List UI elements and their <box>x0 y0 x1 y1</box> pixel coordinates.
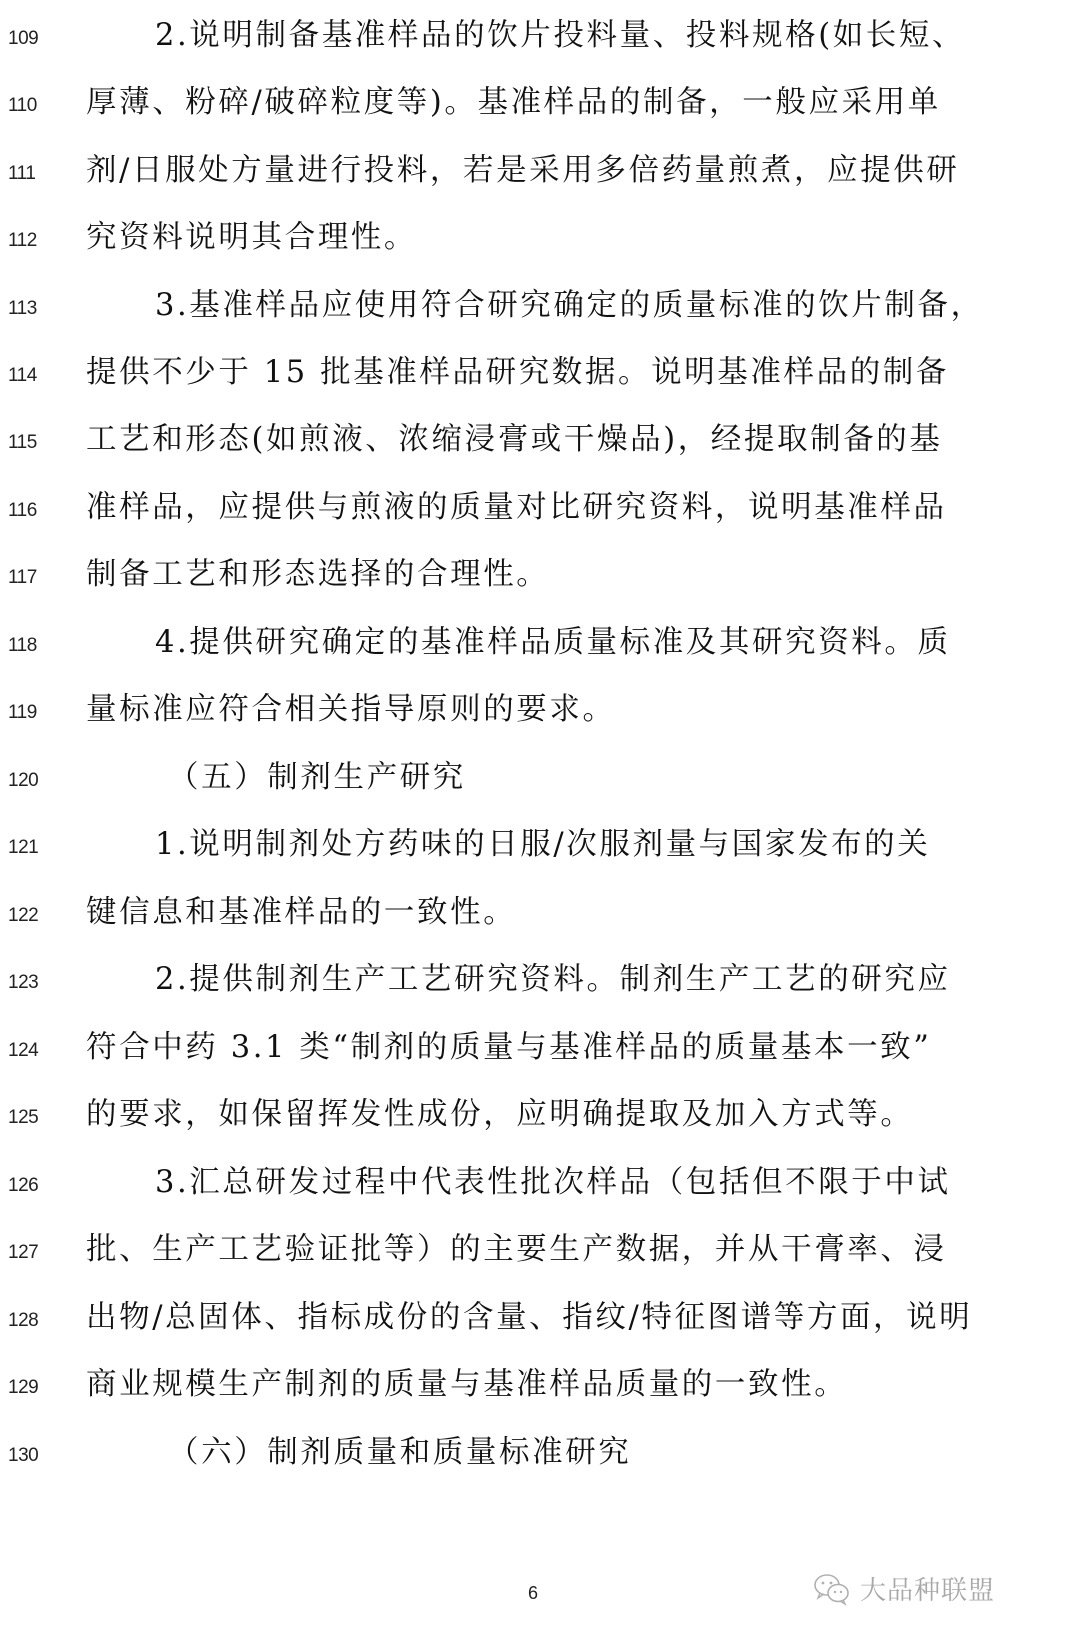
line-text: 4.提供研究确定的基准样品质量标准及其研究资料。质 <box>155 623 951 663</box>
line-number: 129 <box>8 1377 38 1399</box>
document-line: 114 提供不少于 15 批基准样品研究数据。说明基准样品的制备 <box>0 347 1080 407</box>
line-number: 122 <box>8 905 38 927</box>
line-number: 130 <box>8 1445 38 1467</box>
document-line: 124 符合中药 3.1 类“制剂的质量与基准样品的质量基本一致” <box>0 1022 1080 1082</box>
line-number: 118 <box>8 635 37 657</box>
line-number: 123 <box>8 972 38 994</box>
line-number: 120 <box>8 770 38 792</box>
document-line: 120 （五）制剂生产研究 <box>0 752 1080 812</box>
document-line: 123 2.提供制剂生产工艺研究资料。制剂生产工艺的研究应 <box>0 954 1080 1014</box>
line-text: 批、生产工艺验证批等）的主要生产数据，并从干膏率、浸 <box>86 1230 947 1270</box>
document-line: 115 工艺和形态(如煎液、浓缩浸膏或干燥品)，经提取制备的基 <box>0 414 1080 474</box>
line-text: 出物/总固体、指标成份的含量、指纹/特征图谱等方面，说明 <box>86 1298 972 1338</box>
line-text: 商业规模生产制剂的质量与基准样品质量的一致性。 <box>86 1365 847 1405</box>
line-text: 2.提供制剂生产工艺研究资料。制剂生产工艺的研究应 <box>155 960 951 1000</box>
document-line: 129 商业规模生产制剂的质量与基准样品质量的一致性。 <box>0 1359 1080 1419</box>
line-number: 121 <box>8 837 38 859</box>
document-line: 119 量标准应符合相关指导原则的要求。 <box>0 684 1080 744</box>
line-text: 工艺和形态(如煎液、浓缩浸膏或干燥品)，经提取制备的基 <box>86 420 943 460</box>
document-line: 117 制备工艺和形态选择的合理性。 <box>0 549 1080 609</box>
document-line: 126 3.汇总研发过程中代表性批次样品（包括但不限于中试 <box>0 1157 1080 1217</box>
document-line: 111 剂/日服处方量进行投料，若是采用多倍药量煎煮，应提供研 <box>0 145 1080 205</box>
line-text: 究资料说明其合理性。 <box>86 218 417 258</box>
line-text: 3.基准样品应使用符合研究确定的质量标准的饮片制备， <box>155 286 984 326</box>
line-number: 112 <box>8 230 37 252</box>
document-line: 116 准样品，应提供与煎液的质量对比研究资料，说明基准样品 <box>0 482 1080 542</box>
document-line: 122 键信息和基准样品的一致性。 <box>0 887 1080 947</box>
line-number: 111 <box>8 163 35 185</box>
document-line: 109 2.说明制备基准样品的饮片投料量、投料规格(如长短、 <box>0 10 1080 70</box>
line-text: 准样品，应提供与煎液的质量对比研究资料，说明基准样品 <box>86 488 947 528</box>
line-number: 124 <box>8 1040 38 1062</box>
line-number: 127 <box>8 1242 38 1264</box>
line-text: 的要求，如保留挥发性成份，应明确提取及加入方式等。 <box>86 1095 914 1135</box>
watermark-text: 大品种联盟 <box>860 1570 995 1607</box>
document-line: 127 批、生产工艺验证批等）的主要生产数据，并从干膏率、浸 <box>0 1224 1080 1284</box>
watermark: 大品种联盟 <box>812 1570 995 1607</box>
line-number: 119 <box>8 702 37 724</box>
document-line: 128 出物/总固体、指标成份的含量、指纹/特征图谱等方面，说明 <box>0 1292 1080 1352</box>
line-text: 3.汇总研发过程中代表性批次样品（包括但不限于中试 <box>155 1163 951 1203</box>
line-number: 117 <box>8 567 37 589</box>
section-heading: （六）制剂质量和质量标准研究 <box>168 1433 631 1473</box>
line-text: 键信息和基准样品的一致性。 <box>86 893 516 933</box>
document-line: 113 3.基准样品应使用符合研究确定的质量标准的饮片制备， <box>0 280 1080 340</box>
line-text: 1.说明制剂处方药味的日服/次服剂量与国家发布的关 <box>155 825 930 865</box>
line-number: 125 <box>8 1107 38 1129</box>
line-number: 126 <box>8 1175 38 1197</box>
document-line: 130 （六）制剂质量和质量标准研究 <box>0 1427 1080 1487</box>
line-text: 制备工艺和形态选择的合理性。 <box>86 555 549 595</box>
line-number: 110 <box>8 95 37 117</box>
line-text: 符合中药 3.1 类“制剂的质量与基准样品的质量基本一致” <box>86 1028 931 1068</box>
section-heading: （五）制剂生产研究 <box>168 758 466 798</box>
line-number: 109 <box>8 28 38 50</box>
document-line: 110 厚薄、粉碎/破碎粒度等)。基准样品的制备，一般应采用单 <box>0 77 1080 137</box>
line-number: 114 <box>8 365 37 387</box>
document-page: 109 2.说明制备基准样品的饮片投料量、投料规格(如长短、 110 厚薄、粉碎… <box>0 0 1080 1636</box>
document-line: 112 究资料说明其合理性。 <box>0 212 1080 272</box>
line-number: 113 <box>8 298 37 320</box>
document-line: 125 的要求，如保留挥发性成份，应明确提取及加入方式等。 <box>0 1089 1080 1149</box>
line-text: 2.说明制备基准样品的饮片投料量、投料规格(如长短、 <box>155 16 965 56</box>
line-number: 128 <box>8 1310 38 1332</box>
line-text: 提供不少于 15 批基准样品研究数据。说明基准样品的制备 <box>86 353 949 393</box>
document-line: 118 4.提供研究确定的基准样品质量标准及其研究资料。质 <box>0 617 1080 677</box>
line-number: 116 <box>8 500 37 522</box>
line-number: 115 <box>8 432 37 454</box>
line-text: 量标准应符合相关指导原则的要求。 <box>86 690 616 730</box>
page-number: 6 <box>528 1583 538 1604</box>
line-text: 厚薄、粉碎/破碎粒度等)。基准样品的制备，一般应采用单 <box>86 83 941 123</box>
wechat-icon <box>812 1572 852 1606</box>
line-text: 剂/日服处方量进行投料，若是采用多倍药量煎煮，应提供研 <box>86 151 959 191</box>
document-line: 121 1.说明制剂处方药味的日服/次服剂量与国家发布的关 <box>0 819 1080 879</box>
